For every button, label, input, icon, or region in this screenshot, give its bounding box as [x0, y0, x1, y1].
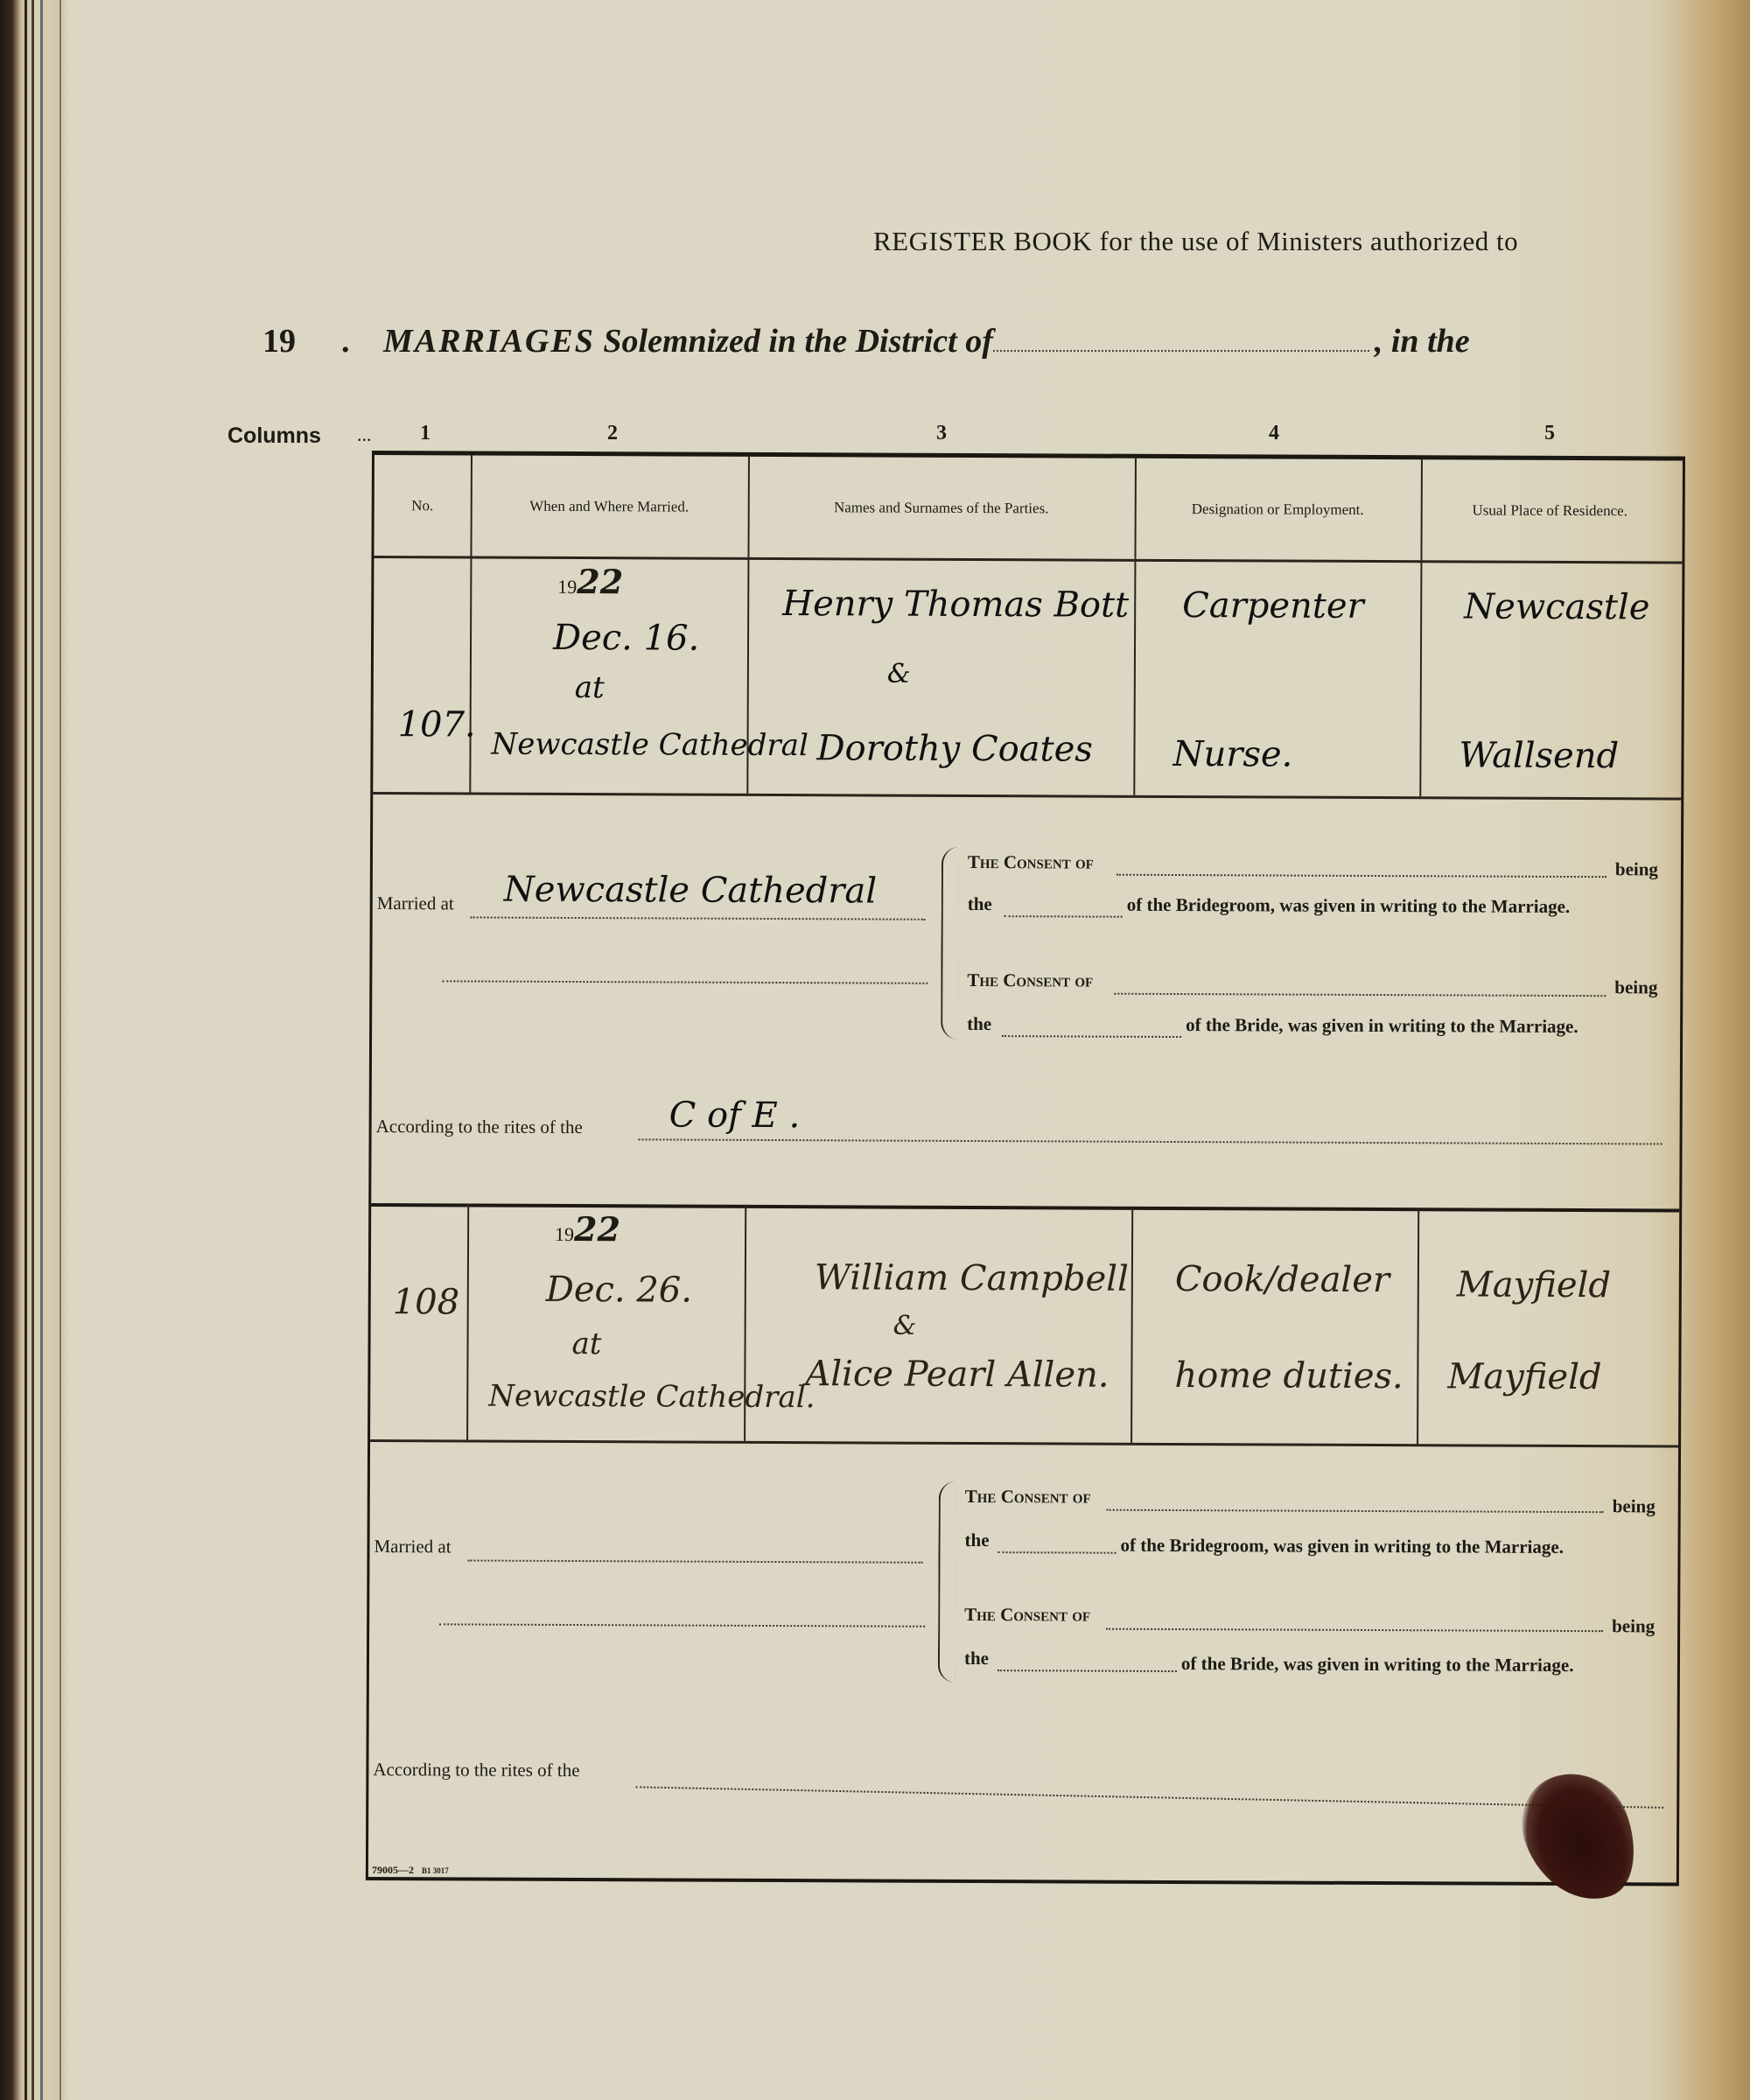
table-row: 107. 1922 Dec. 16. at Newcastle Cathedra…: [373, 556, 1682, 801]
rites-field[interactable]: [635, 1786, 1663, 1809]
cell-names: Henry Thomas Bott & Dorothy Coates: [746, 557, 1136, 795]
column-number-5: 5: [1544, 422, 1555, 445]
cell-residence: Mayfield Mayfield: [1417, 1207, 1676, 1445]
being-label: being: [1613, 1495, 1655, 1517]
at-label: at: [571, 1326, 601, 1361]
the-label-2: the: [964, 1648, 989, 1669]
year-prefix: 19: [262, 322, 341, 360]
groom-consent-text: of the Bridegroom, was given in writing …: [1127, 894, 1571, 918]
district-field[interactable]: [993, 345, 1369, 352]
table-header-row: No. When and Where Married. Names and Su…: [374, 455, 1683, 564]
at-label: at: [575, 670, 605, 705]
cell-no: 108: [370, 1203, 469, 1439]
consent-bride-field[interactable]: [1106, 1628, 1603, 1632]
bride-employment: Nurse.: [1172, 734, 1292, 775]
title-after: , in the: [1375, 322, 1470, 360]
groom-residence: Newcastle: [1464, 586, 1649, 627]
printer-code: 79005—2 B1 3017: [372, 1864, 449, 1877]
married-at-field-2[interactable]: [439, 1623, 925, 1627]
rites-field[interactable]: [639, 1138, 1662, 1144]
rites-value: C of E .: [669, 1095, 801, 1136]
binding-shadow: [1671, 0, 1750, 2100]
header-residence: Usual Place of Residence.: [1420, 459, 1678, 561]
bride-consent-text: of the Bride, was given in writing to th…: [1181, 1653, 1574, 1676]
header-names: Names and Surnames of the Parties.: [747, 457, 1136, 559]
consent-bride-label: The Consent of: [967, 969, 1093, 992]
consent-groom-label: The Consent of: [965, 1486, 1091, 1508]
the-label-2: the: [967, 1013, 991, 1035]
title-main: MARRIAGES: [383, 323, 595, 360]
column-number-4: 4: [1269, 422, 1279, 445]
being-label: being: [1615, 858, 1658, 880]
entry-number: 108: [393, 1282, 460, 1322]
being-label-2: being: [1614, 976, 1657, 998]
married-at-label: Married at: [377, 892, 454, 914]
cell-residence: Newcastle Wallsend: [1419, 560, 1678, 797]
married-at-field-2[interactable]: [442, 980, 927, 983]
entry-details-107: Married at Newcastle Cathedral The Conse…: [371, 792, 1681, 1213]
cell-designation: Cook/dealer home duties.: [1130, 1207, 1419, 1444]
the-label: the: [968, 893, 992, 915]
marriage-date: Dec. 16.: [553, 618, 699, 659]
stacked-page-edges: [0, 0, 70, 2100]
groom-name: William Campbell: [815, 1257, 1129, 1299]
groom-employment: Cook/dealer: [1175, 1259, 1389, 1300]
year: 1922: [557, 562, 623, 601]
groom-relation-field[interactable]: [1004, 915, 1123, 918]
year-dot: .: [341, 322, 383, 360]
consent-groom-label: The Consent of: [968, 851, 1094, 874]
consent-brace: [941, 847, 959, 1039]
cell-no: 107.: [373, 556, 472, 792]
joiner: &: [887, 659, 911, 689]
marriages-title: MARRIAGES Solemnized in the District of: [383, 322, 993, 360]
header-no: No.: [374, 455, 472, 556]
groom-relation-field[interactable]: [998, 1551, 1116, 1554]
married-at-label: Married at: [374, 1536, 451, 1557]
bride-relation-field[interactable]: [997, 1669, 1177, 1672]
bride-name: Alice Pearl Allen.: [805, 1354, 1109, 1396]
cell-names: William Campbell & Alice Pearl Allen.: [744, 1205, 1133, 1443]
joiner: &: [893, 1311, 917, 1341]
marriages-title-line: 19 . MARRIAGES Solemnized in the Distric…: [262, 322, 1470, 360]
marriage-register-table: No. When and Where Married. Names and Su…: [366, 451, 1685, 1886]
cell-when-where: 1922 Dec. 26. at Newcastle Cathedral.: [466, 1203, 746, 1440]
header-designation: Designation or Employment.: [1134, 458, 1422, 560]
bride-residence: Mayfield: [1447, 1356, 1601, 1397]
the-label: the: [965, 1529, 990, 1551]
married-at-value: Newcastle Cathedral: [504, 870, 877, 912]
groom-residence: Mayfield: [1457, 1264, 1611, 1305]
cell-when-where: 1922 Dec. 16. at Newcastle Cathedral: [469, 556, 749, 793]
groom-employment: Carpenter: [1182, 585, 1364, 626]
columns-dots: ...: [357, 423, 372, 446]
groom-consent-text: of the Bridegroom, was given in writing …: [1120, 1535, 1564, 1558]
consent-bride-field[interactable]: [1114, 993, 1606, 997]
columns-label: Columns: [227, 423, 321, 449]
register-page: REGISTER BOOK for the use of Ministers a…: [0, 0, 1750, 2100]
married-at-field[interactable]: [471, 916, 926, 920]
bride-employment: home duties.: [1174, 1355, 1403, 1396]
entry-details-108: Married at The Consent of being the of t…: [368, 1439, 1678, 1879]
column-number-2: 2: [607, 422, 618, 445]
consent-bride-label: The Consent of: [964, 1604, 1090, 1627]
marriage-date: Dec. 26.: [546, 1270, 692, 1311]
register-book-heading: REGISTER BOOK for the use of Ministers a…: [873, 226, 1518, 257]
cell-designation: Carpenter Nurse.: [1133, 559, 1422, 796]
married-at-field[interactable]: [467, 1559, 922, 1563]
header-when-where: When and Where Married.: [470, 455, 749, 556]
consent-groom-field[interactable]: [1116, 874, 1606, 878]
consent-groom-field[interactable]: [1107, 1509, 1604, 1513]
bride-name: Dorothy Coates: [816, 728, 1093, 769]
title-rest: Solemnized in the District of: [603, 323, 992, 360]
bride-relation-field[interactable]: [1002, 1035, 1181, 1038]
rites-label: According to the rites of the: [376, 1116, 583, 1138]
consent-brace: [938, 1481, 956, 1683]
entry-number: 107.: [398, 704, 476, 745]
bride-residence: Wallsend: [1459, 735, 1619, 776]
rites-label: According to the rites of the: [373, 1759, 579, 1781]
year: 1922: [555, 1209, 620, 1249]
being-label-2: being: [1612, 1615, 1655, 1637]
bride-consent-text: of the Bride, was given in writing to th…: [1186, 1014, 1578, 1038]
column-number-1: 1: [420, 422, 430, 445]
table-row: 108 1922 Dec. 26. at Newcastle Cathedral…: [370, 1203, 1679, 1448]
groom-name: Henry Thomas Bott: [782, 584, 1129, 626]
column-number-3: 3: [936, 422, 947, 445]
